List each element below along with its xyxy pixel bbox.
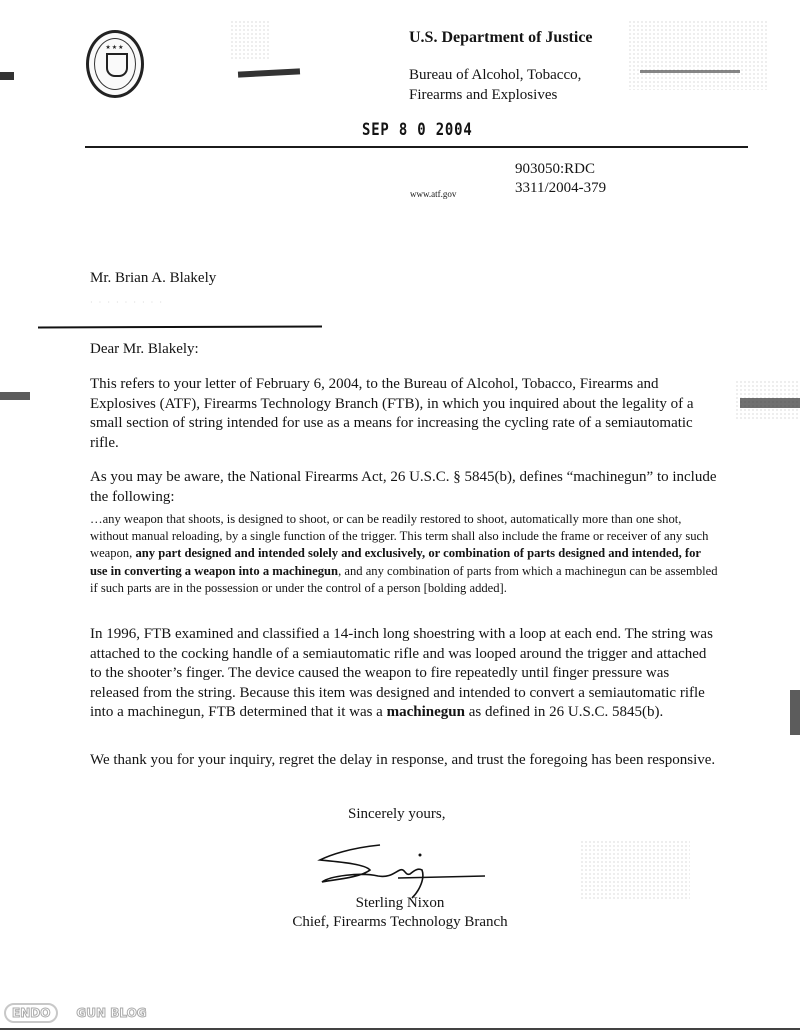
statute-quote: …any weapon that shoots, is designed to … xyxy=(90,511,720,597)
p3-bold: machinegun xyxy=(387,704,465,720)
salutation: Dear Mr. Blakely: xyxy=(90,341,199,358)
watermark: ENDOGUN BLOG xyxy=(4,1003,147,1023)
scan-noise xyxy=(230,20,270,60)
redaction-line xyxy=(38,326,322,329)
scan-noise xyxy=(628,20,768,90)
reference-line-2: 3311/2004-379 xyxy=(515,179,606,198)
scan-mark xyxy=(0,72,14,80)
seal-stars: ★★★ xyxy=(89,44,141,51)
header-divider xyxy=(85,146,748,148)
recipient-name: Mr. Brian A. Blakely xyxy=(90,270,216,287)
scan-mark xyxy=(238,68,300,77)
body-paragraph-1: This refers to your letter of February 6… xyxy=(90,375,720,453)
scan-mark xyxy=(640,70,740,73)
scan-noise xyxy=(580,840,690,900)
bureau-name: Bureau of Alcohol, Tobacco, Firearms and… xyxy=(409,65,581,105)
signature xyxy=(310,840,490,900)
watermark-left: ENDO xyxy=(4,1003,58,1023)
signer-block: Sterling Nixon Chief, Firearms Technolog… xyxy=(285,894,515,932)
department-name: U.S. Department of Justice xyxy=(409,29,593,47)
p3-text-2: as defined in 26 U.S.C. 5845(b). xyxy=(465,704,663,720)
body-paragraph-3: In 1996, FTB examined and classified a 1… xyxy=(90,625,720,723)
scan-mark xyxy=(790,690,800,735)
reference-numbers: 903050:RDC 3311/2004-379 xyxy=(515,160,606,198)
seal-shield xyxy=(106,53,128,77)
body-paragraph-4: We thank you for your inquiry, regret th… xyxy=(90,751,720,771)
reference-line-1: 903050:RDC xyxy=(515,160,606,179)
recipient-address-redacted: · · · · · · · · · xyxy=(90,298,250,320)
bureau-line-2: Firearms and Explosives xyxy=(409,85,581,105)
date-stamp: SEP 8 0 2004 xyxy=(362,120,473,140)
body-paragraph-2: As you may be aware, the National Firear… xyxy=(90,468,720,507)
scan-mark xyxy=(740,398,800,408)
signer-name: Sterling Nixon xyxy=(285,894,515,913)
bureau-line-1: Bureau of Alcohol, Tobacco, xyxy=(409,65,581,85)
scan-mark xyxy=(0,392,30,400)
bottom-edge xyxy=(0,1028,800,1030)
doj-seal-icon: ★★★ xyxy=(86,30,144,98)
closing: Sincerely yours, xyxy=(348,806,445,823)
watermark-right: GUN BLOG xyxy=(76,1006,146,1020)
signer-title: Chief, Firearms Technology Branch xyxy=(285,913,515,932)
website-link[interactable]: www.atf.gov xyxy=(410,189,456,199)
